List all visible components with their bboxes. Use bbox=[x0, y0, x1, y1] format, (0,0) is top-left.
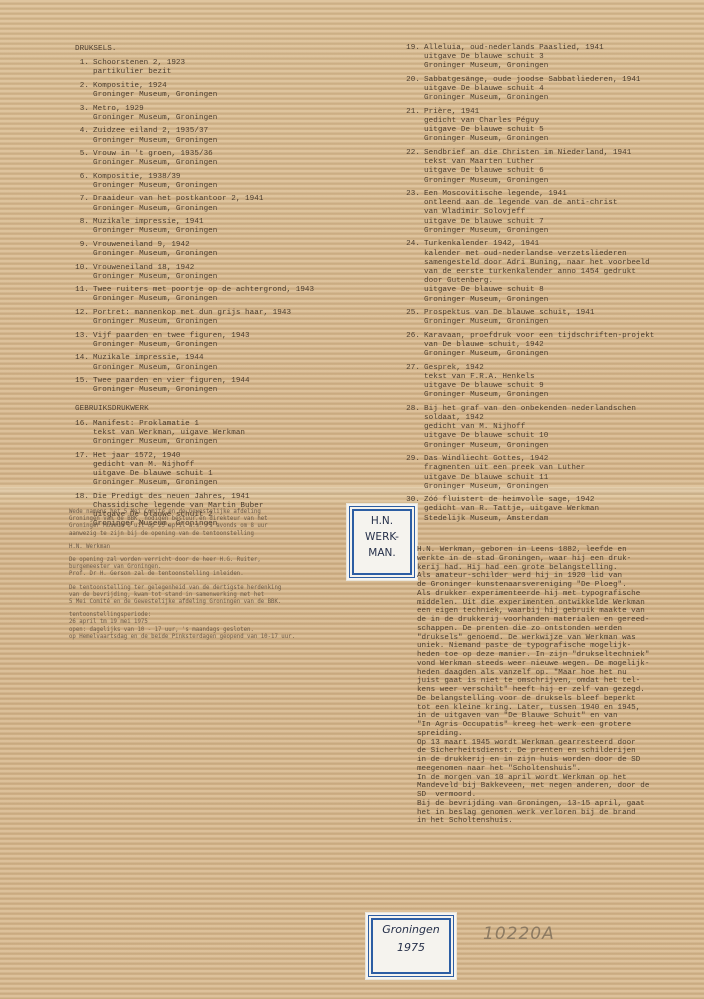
entry-number: 22. bbox=[406, 149, 420, 186]
entry-number: 17. bbox=[75, 452, 89, 489]
invitation-paragraph: De tentoonstelling ter gelegenheid van d… bbox=[69, 585, 359, 607]
entry-line: Kompositie, 1938/39 bbox=[93, 173, 375, 182]
entry-line: uitgave De blauwe schuit 5 bbox=[424, 126, 696, 135]
entry-body: Portret: mannenkop met dun grijs haar, 1… bbox=[93, 309, 375, 327]
entry-line: Vrouweneiland 9, 1942 bbox=[93, 241, 375, 250]
entry-line: Groninger Museum, Groningen bbox=[424, 318, 696, 327]
invitation-paragraph: tentoonstellingsperiode: 26 april tm 19 … bbox=[69, 612, 359, 641]
entry-number: 10. bbox=[75, 264, 89, 282]
place-date-handwritten: Groningen1975 bbox=[366, 921, 456, 957]
right-column: 19.Alleluia, oud-nederlands Paaslied, 19… bbox=[406, 44, 696, 528]
entry-line: Stedelijk Museum, Amsterdam bbox=[424, 515, 696, 524]
entry-line: van Wladimir Solovjeff bbox=[424, 208, 696, 217]
entry-line: Groninger Museum, Groningen bbox=[93, 159, 375, 168]
invitation-paragraph: H.N. Werkman bbox=[69, 544, 359, 551]
handwritten-line: H.N. bbox=[347, 513, 417, 529]
entry-body: Zóó fluistert de heimvolle sage, 1942ged… bbox=[424, 496, 696, 524]
entry-number: 5. bbox=[75, 150, 89, 168]
handwritten-line: Groningen bbox=[366, 921, 456, 939]
entry-line: gedicht van M. Nijhoff bbox=[93, 461, 375, 470]
entry-line: van De blauwe schuit, 1942 bbox=[424, 341, 696, 350]
entry-line: Die Predigt des neuen Jahres, 1941 bbox=[93, 493, 375, 502]
entry-number: 2. bbox=[75, 82, 89, 100]
catalog-entry: 13.Vijf paarden en twee figuren, 1943Gro… bbox=[75, 332, 375, 350]
entry-number: 24. bbox=[406, 240, 420, 304]
entry-line: Groninger Museum, Groningen bbox=[424, 442, 696, 451]
entry-line: Muzikale impressie, 1941 bbox=[93, 218, 375, 227]
entry-body: Bij het graf van den onbekenden nederlan… bbox=[424, 405, 696, 451]
druksels-list: 1.Schoorstenen 2, 1923partikulier bezit2… bbox=[75, 59, 375, 395]
entry-line: Groninger Museum, Groningen bbox=[93, 114, 375, 123]
entry-line: Groninger Museum, Groningen bbox=[424, 483, 696, 492]
entry-number: 25. bbox=[406, 309, 420, 327]
entry-body: Vrouweneiland 9, 1942Groninger Museum, G… bbox=[93, 241, 375, 259]
catalog-entry: 21.Prière, 1941gedicht van Charles Péguy… bbox=[406, 108, 696, 145]
entry-line: Groninger Museum, Groningen bbox=[93, 295, 375, 304]
entry-body: Manifest: Proklamatie 1tekst van Werkman… bbox=[93, 420, 375, 448]
catalog-entry: 22.Sendbrief an die Christen im Niederla… bbox=[406, 149, 696, 186]
gebruiksdrukwerk-heading: GEBRUIKSDRUKWERK bbox=[75, 405, 375, 414]
entry-line: Groninger Museum, Groningen bbox=[424, 350, 696, 359]
entry-line: Groninger Museum, Groningen bbox=[93, 91, 375, 100]
entry-body: Karavaan, proefdruk voor een tijdschrift… bbox=[424, 332, 696, 360]
catalog-entry: 1.Schoorstenen 2, 1923partikulier bezit bbox=[75, 59, 375, 77]
entry-number: 7. bbox=[75, 195, 89, 213]
entry-line: Vijf paarden en twee figuren, 1943 bbox=[93, 332, 375, 341]
entry-body: Gesprek, 1942tekst van F.R.A. Henkelsuit… bbox=[424, 364, 696, 401]
entry-body: Het jaar 1572, 1940gedicht van M. Nijhof… bbox=[93, 452, 375, 489]
entry-line: tekst van F.R.A. Henkels bbox=[424, 373, 696, 382]
entry-number: 19. bbox=[406, 44, 420, 72]
entry-body: Vrouweneiland 18, 1942Groninger Museum, … bbox=[93, 264, 375, 282]
entry-line: Manifest: Proklamatie 1 bbox=[93, 420, 375, 429]
entry-line: Een Moscovitische legende, 1941 bbox=[424, 190, 696, 199]
catalog-entry: 12.Portret: mannenkop met dun grijs haar… bbox=[75, 309, 375, 327]
catalog-entry: 3.Metro, 1929Groninger Museum, Groningen bbox=[75, 105, 375, 123]
handwritten-line: MAN. bbox=[347, 545, 417, 561]
entry-line: Groninger Museum, Groningen bbox=[424, 177, 696, 186]
entry-number: 28. bbox=[406, 405, 420, 451]
entry-line: Groninger Museum, Groningen bbox=[93, 479, 375, 488]
entry-body: Sendbrief an die Christen im Niederland,… bbox=[424, 149, 696, 186]
entry-line: kalender met oud-nederlandse verzetslied… bbox=[424, 250, 696, 259]
entry-body: Prière, 1941gedicht van Charles Péguyuit… bbox=[424, 108, 696, 145]
entry-number: 8. bbox=[75, 218, 89, 236]
entry-line: Sendbrief an die Christen im Niederland,… bbox=[424, 149, 696, 158]
entry-line: Groninger Museum, Groningen bbox=[93, 386, 375, 395]
entry-line: Gesprek, 1942 bbox=[424, 364, 696, 373]
entry-line: Groninger Museum, Groningen bbox=[424, 227, 696, 236]
catalog-entry: 14.Muzikale impressie, 1944Groninger Mus… bbox=[75, 354, 375, 372]
catalog-entry: 9.Vrouweneiland 9, 1942Groninger Museum,… bbox=[75, 241, 375, 259]
entry-line: Twee paarden en vier figuren, 1944 bbox=[93, 377, 375, 386]
entry-line: Zóó fluistert de heimvolle sage, 1942 bbox=[424, 496, 696, 505]
entry-body: Turkenkalender 1942, 1941kalender met ou… bbox=[424, 240, 696, 304]
entry-body: Draaideur van het postkantoor 2, 1941Gro… bbox=[93, 195, 375, 213]
entry-line: Groninger Museum, Groningen bbox=[93, 273, 375, 282]
entry-body: Een Moscovitische legende, 1941ontleend … bbox=[424, 190, 696, 236]
entry-line: Prospektus van De blauwe schuit, 1941 bbox=[424, 309, 696, 318]
entry-line: gedicht van Charles Péguy bbox=[424, 117, 696, 126]
artist-name-handwritten: H.N.WERK-MAN. bbox=[347, 513, 417, 561]
entry-line: Groninger Museum, Groningen bbox=[424, 391, 696, 400]
entry-line: Vrouweneiland 18, 1942 bbox=[93, 264, 375, 273]
entry-number: 23. bbox=[406, 190, 420, 236]
entry-line: uitgave De blauwe schuit 9 bbox=[424, 382, 696, 391]
entry-line: uitgave De blauwe schuit 6 bbox=[424, 167, 696, 176]
entry-number: 15. bbox=[75, 377, 89, 395]
catalog-entry: 25.Prospektus van De blauwe schuit, 1941… bbox=[406, 309, 696, 327]
entry-line: Muzikale impressie, 1944 bbox=[93, 354, 375, 363]
place-date-label-sticker: Groningen1975 bbox=[365, 912, 457, 980]
entry-body: Das Windliecht Gottes, 1942fragmenten ui… bbox=[424, 455, 696, 492]
entry-line: Groninger Museum, Groningen bbox=[93, 438, 375, 447]
entry-number: 27. bbox=[406, 364, 420, 401]
entry-number: 13. bbox=[75, 332, 89, 350]
catalog-entry: 8.Muzikale impressie, 1941Groninger Muse… bbox=[75, 218, 375, 236]
entry-line: Groninger Museum, Groningen bbox=[93, 341, 375, 350]
entry-line: Groninger Museum, Groningen bbox=[424, 62, 696, 71]
entry-number: 9. bbox=[75, 241, 89, 259]
entry-body: Metro, 1929Groninger Museum, Groningen bbox=[93, 105, 375, 123]
entry-body: Kompositie, 1938/39Groninger Museum, Gro… bbox=[93, 173, 375, 191]
entry-body: Twee paarden en vier figuren, 1944Gronin… bbox=[93, 377, 375, 395]
catalog-entry: 28.Bij het graf van den onbekenden neder… bbox=[406, 405, 696, 451]
artist-label-sticker: H.N.WERK-MAN. bbox=[346, 503, 418, 581]
entry-number: 1. bbox=[75, 59, 89, 77]
entry-line: Twee ruiters met poortje op de achtergro… bbox=[93, 286, 375, 295]
handwritten-line: 1975 bbox=[366, 939, 456, 957]
entry-line: uitgave De blauwe schuit 11 bbox=[424, 474, 696, 483]
entry-line: van de eerste turkenkalender anno 1454 g… bbox=[424, 268, 696, 277]
entry-line: Het jaar 1572, 1940 bbox=[93, 452, 375, 461]
catalog-entry: 26.Karavaan, proefdruk voor een tijdschr… bbox=[406, 332, 696, 360]
gebruiksdrukwerk-list-right: 19.Alleluia, oud-nederlands Paaslied, 19… bbox=[406, 44, 696, 524]
entry-line: Prière, 1941 bbox=[424, 108, 696, 117]
catalog-entry: 7.Draaideur van het postkantoor 2, 1941G… bbox=[75, 195, 375, 213]
entry-body: Alleluia, oud-nederlands Paaslied, 1941u… bbox=[424, 44, 696, 72]
entry-line: Sabbatgesänge, oude joodse Sabbatliedere… bbox=[424, 76, 696, 85]
entry-line: Karavaan, proefdruk voor een tijdschrift… bbox=[424, 332, 696, 341]
entry-number: 14. bbox=[75, 354, 89, 372]
entry-number: 29. bbox=[406, 455, 420, 492]
entry-line: Kompositie, 1924 bbox=[93, 82, 375, 91]
entry-line: Das Windliecht Gottes, 1942 bbox=[424, 455, 696, 464]
entry-body: Kompositie, 1924Groninger Museum, Gronin… bbox=[93, 82, 375, 100]
catalog-entry: 19.Alleluia, oud-nederlands Paaslied, 19… bbox=[406, 44, 696, 72]
entry-line: partikulier bezit bbox=[93, 68, 375, 77]
entry-line: Groninger Museum, Groningen bbox=[93, 182, 375, 191]
entry-line: uitgave De blauwe schuit 4 bbox=[424, 85, 696, 94]
entry-line: uitgave De blauwe schuit 7 bbox=[424, 218, 696, 227]
entry-line: Bij het graf van den onbekenden nederlan… bbox=[424, 405, 696, 414]
catalog-entry: 11.Twee ruiters met poortje op de achter… bbox=[75, 286, 375, 304]
druksels-heading: DRUKSELS. bbox=[75, 45, 375, 54]
catalog-entry: 29.Das Windliecht Gottes, 1942fragmenten… bbox=[406, 455, 696, 492]
entry-number: 16. bbox=[75, 420, 89, 448]
entry-line: Alleluia, oud-nederlands Paaslied, 1941 bbox=[424, 44, 696, 53]
catalog-entry: 20.Sabbatgesänge, oude joodse Sabbatlied… bbox=[406, 76, 696, 104]
entry-line: Metro, 1929 bbox=[93, 105, 375, 114]
catalog-entry: 4.Zuidzee eiland 2, 1935/37Groninger Mus… bbox=[75, 127, 375, 145]
entry-number: 12. bbox=[75, 309, 89, 327]
catalog-entry: 16.Manifest: Proklamatie 1tekst van Werk… bbox=[75, 420, 375, 448]
entry-number: 26. bbox=[406, 332, 420, 360]
biography-text: H.N. Werkman, geboren in Leens 1882, lee… bbox=[417, 546, 697, 826]
entry-line: Vrouw in 't groen, 1935/36 bbox=[93, 150, 375, 159]
entry-body: Vijf paarden en twee figuren, 1943Gronin… bbox=[93, 332, 375, 350]
entry-number: 20. bbox=[406, 76, 420, 104]
entry-line: gedicht van M. Nijhoff bbox=[424, 423, 696, 432]
entry-body: Sabbatgesänge, oude joodse Sabbatliedere… bbox=[424, 76, 696, 104]
invitation-text: Wede namens het 5 Mei Comité en de Gewes… bbox=[69, 509, 359, 647]
entry-number: 4. bbox=[75, 127, 89, 145]
entry-number: 6. bbox=[75, 173, 89, 191]
entry-line: gedicht van R. Tattje, uitgave Werkman bbox=[424, 505, 696, 514]
entry-body: Vrouw in 't groen, 1935/36Groninger Muse… bbox=[93, 150, 375, 168]
entry-body: Prospektus van De blauwe schuit, 1941Gro… bbox=[424, 309, 696, 327]
catalog-number: 10220A bbox=[483, 924, 555, 944]
catalog-entry: 5.Vrouw in 't groen, 1935/36Groninger Mu… bbox=[75, 150, 375, 168]
entry-body: Twee ruiters met poortje op de achtergro… bbox=[93, 286, 375, 304]
entry-line: Zuidzee eiland 2, 1935/37 bbox=[93, 127, 375, 136]
entry-line: Groninger Museum, Groningen bbox=[93, 205, 375, 214]
entry-line: uitgave De blauwe schuit 3 bbox=[424, 53, 696, 62]
entry-body: Schoorstenen 2, 1923partikulier bezit bbox=[93, 59, 375, 77]
entry-line: uitgave De blauwe schuit 8 bbox=[424, 286, 696, 295]
entry-body: Muzikale impressie, 1941Groninger Museum… bbox=[93, 218, 375, 236]
entry-line: Groninger Museum, Groningen bbox=[93, 250, 375, 259]
entry-line: uitgave De blauwe schuit 1 bbox=[93, 470, 375, 479]
catalog-entry: 10.Vrouweneiland 18, 1942Groninger Museu… bbox=[75, 264, 375, 282]
entry-line: soldaat, 1942 bbox=[424, 414, 696, 423]
entry-line: Groninger Museum, Groningen bbox=[93, 318, 375, 327]
catalog-entry: 27.Gesprek, 1942tekst van F.R.A. Henkels… bbox=[406, 364, 696, 401]
entry-line: tekst van Maarten Luther bbox=[424, 158, 696, 167]
entry-line: fragmenten uit een preek van Luther bbox=[424, 464, 696, 473]
catalog-entry: 6.Kompositie, 1938/39Groninger Museum, G… bbox=[75, 173, 375, 191]
entry-line: Schoorstenen 2, 1923 bbox=[93, 59, 375, 68]
catalog-entry: 23.Een Moscovitische legende, 1941ontlee… bbox=[406, 190, 696, 236]
catalog-entry: 2.Kompositie, 1924Groninger Museum, Gron… bbox=[75, 82, 375, 100]
entry-line: Portret: mannenkop met dun grijs haar, 1… bbox=[93, 309, 375, 318]
catalog-entry: 15.Twee paarden en vier figuren, 1944Gro… bbox=[75, 377, 375, 395]
entry-line: tekst van Werkman, uigave Werkman bbox=[93, 429, 375, 438]
invitation-paragraph: Wede namens het 5 Mei Comité en de Gewes… bbox=[69, 509, 359, 538]
entry-line: Groninger Museum, Groningen bbox=[93, 137, 375, 146]
entry-line: Groninger Museum, Groningen bbox=[93, 227, 375, 236]
entry-line: uitgave De blauwe schuit 10 bbox=[424, 432, 696, 441]
entry-body: Zuidzee eiland 2, 1935/37Groninger Museu… bbox=[93, 127, 375, 145]
entry-number: 3. bbox=[75, 105, 89, 123]
entry-number: 21. bbox=[406, 108, 420, 145]
entry-line: ontleend aan de legende van de anti-chri… bbox=[424, 199, 696, 208]
catalog-entry: 30.Zóó fluistert de heimvolle sage, 1942… bbox=[406, 496, 696, 524]
invitation-paragraph: De opening zal worden verricht door de h… bbox=[69, 557, 359, 579]
catalog-entry: 17.Het jaar 1572, 1940gedicht van M. Nij… bbox=[75, 452, 375, 489]
entry-line: Groninger Museum, Groningen bbox=[424, 296, 696, 305]
entry-line: Groninger Museum, Groningen bbox=[93, 364, 375, 373]
entry-line: Groninger Museum, Groningen bbox=[424, 94, 696, 103]
left-column: DRUKSELS. 1.Schoorstenen 2, 1923partikul… bbox=[75, 45, 375, 534]
catalog-entry: 24.Turkenkalender 1942, 1941kalender met… bbox=[406, 240, 696, 304]
entry-line: samengesteld door Adri Buning, naar het … bbox=[424, 259, 696, 268]
entry-body: Muzikale impressie, 1944Groninger Museum… bbox=[93, 354, 375, 372]
entry-number: 11. bbox=[75, 286, 89, 304]
entry-line: Turkenkalender 1942, 1941 bbox=[424, 240, 696, 249]
handwritten-line: WERK- bbox=[347, 529, 417, 545]
entry-line: Draaideur van het postkantoor 2, 1941 bbox=[93, 195, 375, 204]
entry-line: door Gutenberg. bbox=[424, 277, 696, 286]
entry-line: Groninger Museum, Groningen bbox=[424, 135, 696, 144]
